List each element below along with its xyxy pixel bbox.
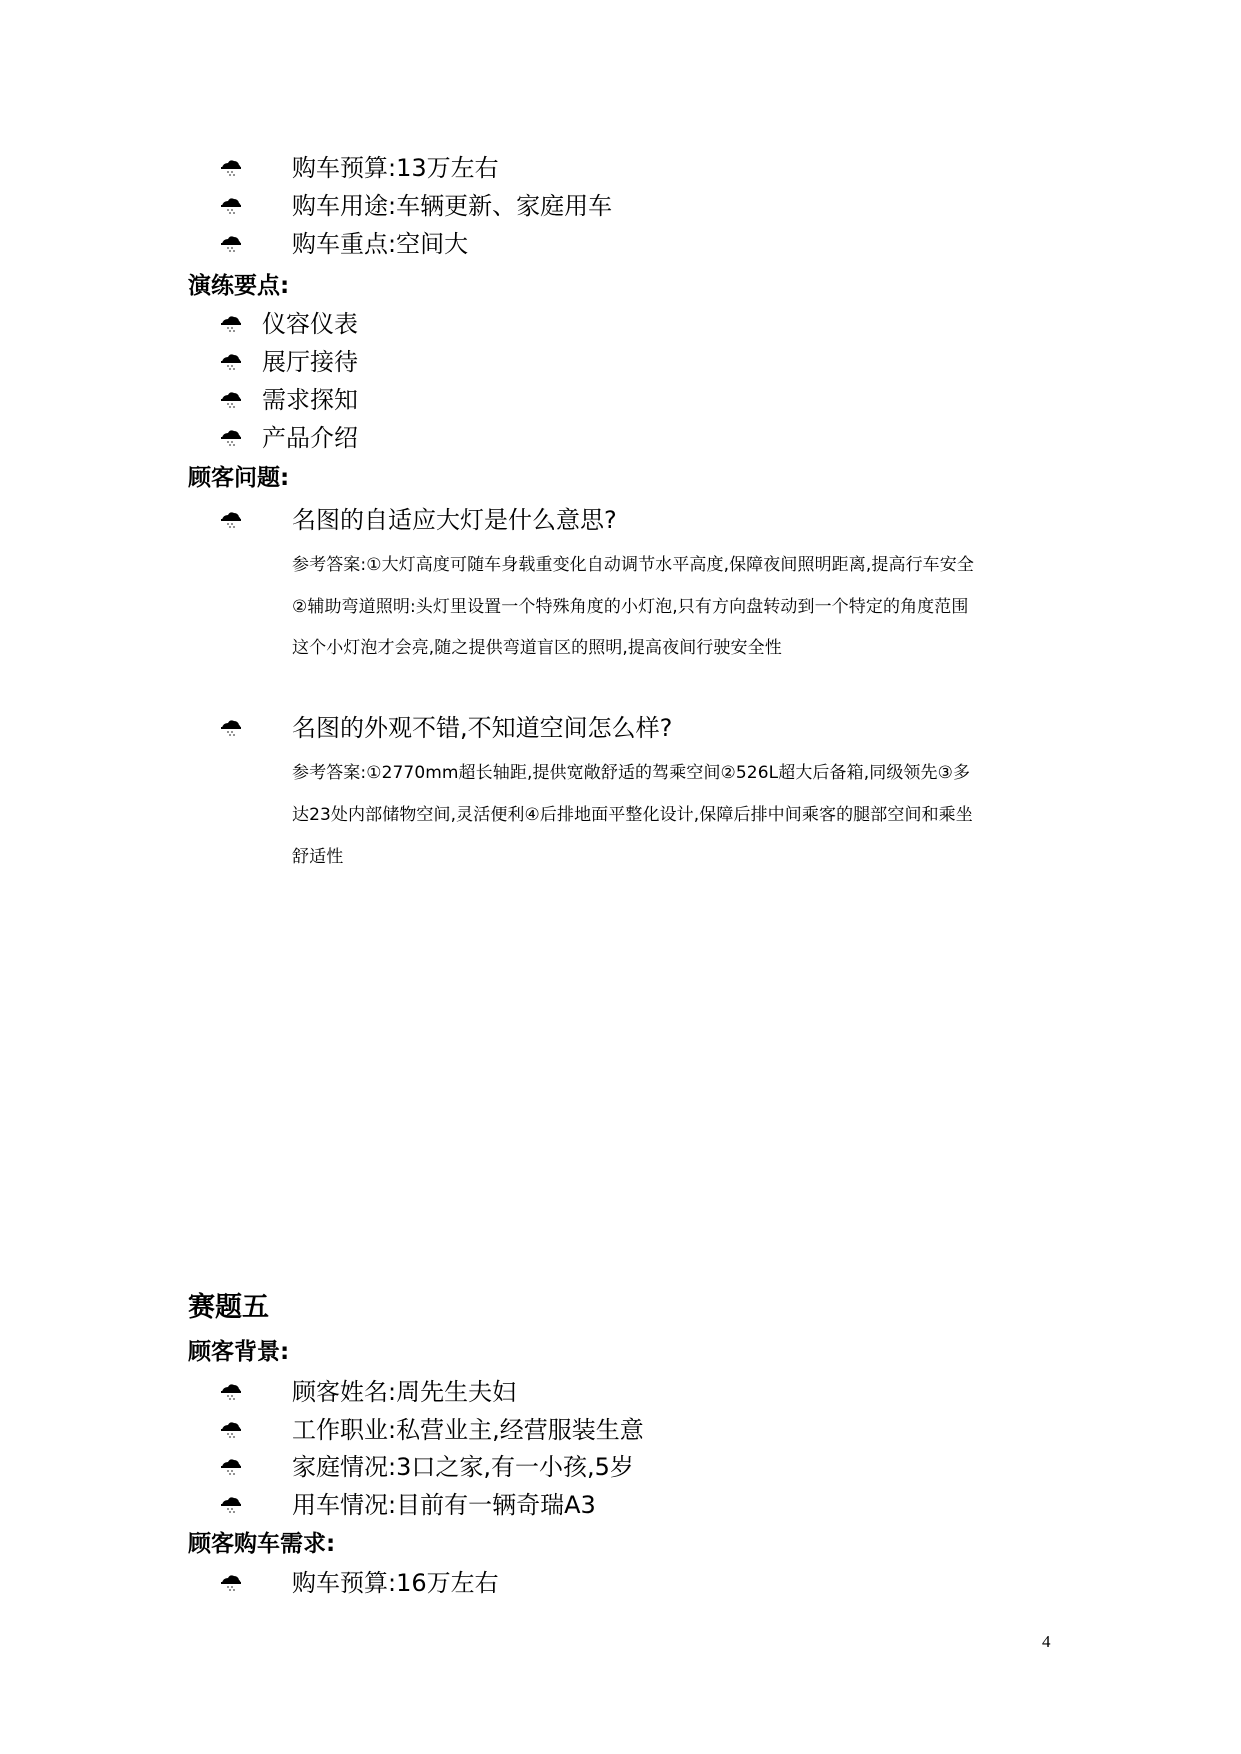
answer-line: ②辅助弯道照明:头灯里设置一个特殊角度的小灯泡,只有方向盘转动到一个特定的角度范… bbox=[292, 597, 968, 617]
question-text: 名图的外观不错,不知道空间怎么样? bbox=[292, 714, 672, 742]
rain-cloud-icon bbox=[220, 314, 242, 334]
question-text: 名图的自适应大灯是什么意思? bbox=[292, 506, 617, 534]
rain-cloud-icon bbox=[220, 1495, 242, 1515]
rain-cloud-icon bbox=[220, 390, 242, 410]
rain-cloud-icon bbox=[220, 352, 242, 372]
background-item: 顾客姓名:周先生夫妇 bbox=[292, 1378, 516, 1406]
rain-cloud-icon bbox=[220, 1420, 242, 1440]
purchase-need-item: 购车预算:16万左右 bbox=[292, 1569, 499, 1597]
rain-cloud-icon bbox=[220, 428, 242, 448]
drill-point-item: 仪容仪表 bbox=[262, 310, 358, 338]
answer-line: 舒适性 bbox=[292, 847, 343, 867]
rain-cloud-icon bbox=[220, 718, 242, 738]
questions-heading: 顾客问题: bbox=[188, 464, 289, 492]
answer-line: 达23处内部储物空间,灵活便利④后排地面平整化设计,保障后排中间乘客的腿部空间和… bbox=[292, 805, 973, 825]
rain-cloud-icon bbox=[220, 1382, 242, 1402]
rain-cloud-icon bbox=[220, 1457, 242, 1477]
rain-cloud-icon bbox=[220, 196, 242, 216]
drill-point-item: 产品介绍 bbox=[262, 424, 358, 452]
document-page: 购车预算:13万左右 购车用途:车辆更新、家庭用车 购车重点:空间大 演练要点:… bbox=[0, 0, 1241, 1754]
purchase-need-item: 购车预算:13万左右 bbox=[292, 154, 499, 182]
purchase-need-item: 购车重点:空间大 bbox=[292, 230, 468, 258]
rain-cloud-icon bbox=[220, 1573, 242, 1593]
rain-cloud-icon bbox=[220, 510, 242, 530]
drill-points-heading: 演练要点: bbox=[188, 272, 289, 300]
drill-point-item: 需求探知 bbox=[262, 386, 358, 414]
rain-cloud-icon bbox=[220, 158, 242, 178]
background-item: 用车情况:目前有一辆奇瑞A3 bbox=[292, 1491, 596, 1519]
section-title: 赛题五 bbox=[188, 1292, 269, 1324]
rain-cloud-icon bbox=[220, 234, 242, 254]
answer-line: 参考答案:①2770mm超长轴距,提供宽敞舒适的驾乘空间②526L超大后备箱,同… bbox=[292, 763, 970, 783]
page-number: 4 bbox=[1042, 1632, 1051, 1652]
background-item: 家庭情况:3口之家,有一小孩,5岁 bbox=[292, 1453, 634, 1481]
answer-line: 这个小灯泡才会亮,随之提供弯道盲区的照明,提高夜间行驶安全性 bbox=[292, 638, 782, 658]
background-item: 工作职业:私营业主,经营服装生意 bbox=[292, 1416, 644, 1444]
drill-point-item: 展厅接待 bbox=[262, 348, 358, 376]
background-heading: 顾客背景: bbox=[188, 1338, 289, 1366]
answer-line: 参考答案:①大灯高度可随车身载重变化自动调节水平高度,保障夜间照明距离,提高行车… bbox=[292, 555, 974, 575]
purchase-needs-heading: 顾客购车需求: bbox=[188, 1530, 335, 1558]
purchase-need-item: 购车用途:车辆更新、家庭用车 bbox=[292, 192, 612, 220]
